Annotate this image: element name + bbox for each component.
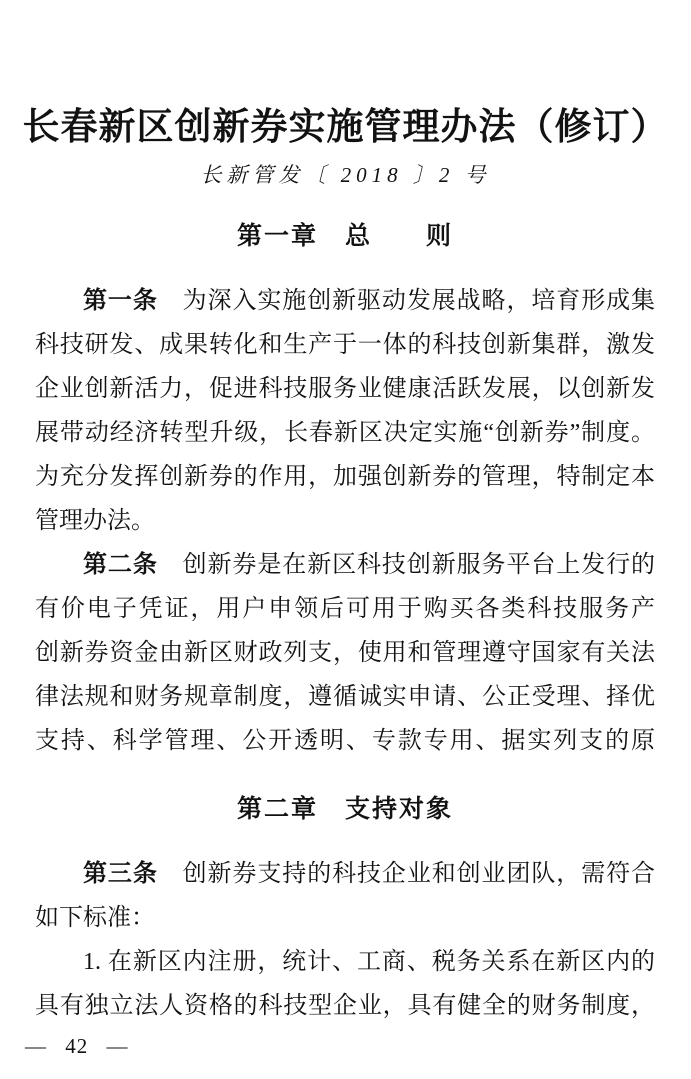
text-line: 1. 在新区内注册，统计、工商、税务关系在新区内的	[35, 940, 655, 984]
text-line: 第二条 创新券是在新区科技创新服务平台上发行的	[35, 543, 655, 587]
text-line: 有价电子凭证，用户申领后可用于购买各类科技服务产品。	[35, 587, 655, 631]
page-number: — 42 —	[25, 1032, 691, 1060]
text-line: 展带动经济转型升级，长春新区决定实施“创新券”制度。	[35, 411, 655, 455]
text-line: 科技研发、成果转化和生产于一体的科技创新集群，激发	[35, 323, 655, 367]
document-body: 第一章 总 则第一条 为深入实施创新驱动发展战略，培育形成集科技研发、成果转化和…	[0, 220, 691, 1028]
text-line: 为充分发挥创新券的作用，加强创新券的管理，特制定本	[35, 455, 655, 499]
article-lead: 第一条	[83, 287, 158, 314]
text-line: 第一条 为深入实施创新驱动发展战略，培育形成集	[35, 279, 655, 323]
text-line: 第三条 创新券支持的科技企业和创业团队，需符合	[35, 852, 655, 896]
text-line: 支持、科学管理、公开透明、专款专用、据实列支的原则。	[35, 719, 655, 763]
text-line: 管理办法。	[35, 499, 655, 543]
article-lead: 第二条	[83, 551, 158, 578]
text-line: 企业创新活力，促进科技服务业健康活跃发展，以创新发	[35, 367, 655, 411]
text-line: 律法规和财务规章制度，遵循诚实申请、公正受理、择优	[35, 675, 655, 719]
text-line: 具有独立法人资格的科技型企业，具有健全的财务制度，	[35, 984, 655, 1028]
text-line: 如下标准：	[35, 896, 655, 940]
document-title: 长春新区创新券实施管理办法（修订）	[0, 101, 691, 153]
document-page: 长春新区创新券实施管理办法（修订） 长新管发〔 2018 〕2 号 第一章 总 …	[0, 0, 691, 1079]
chapter-heading: 第一章 总 则	[35, 220, 655, 252]
chapter-heading: 第二章 支持对象	[35, 793, 655, 825]
text-line: 创新券资金由新区财政列支，使用和管理遵守国家有关法	[35, 631, 655, 675]
document-number: 长新管发〔 2018 〕2 号	[0, 160, 691, 190]
article-lead: 第三条	[83, 860, 158, 887]
